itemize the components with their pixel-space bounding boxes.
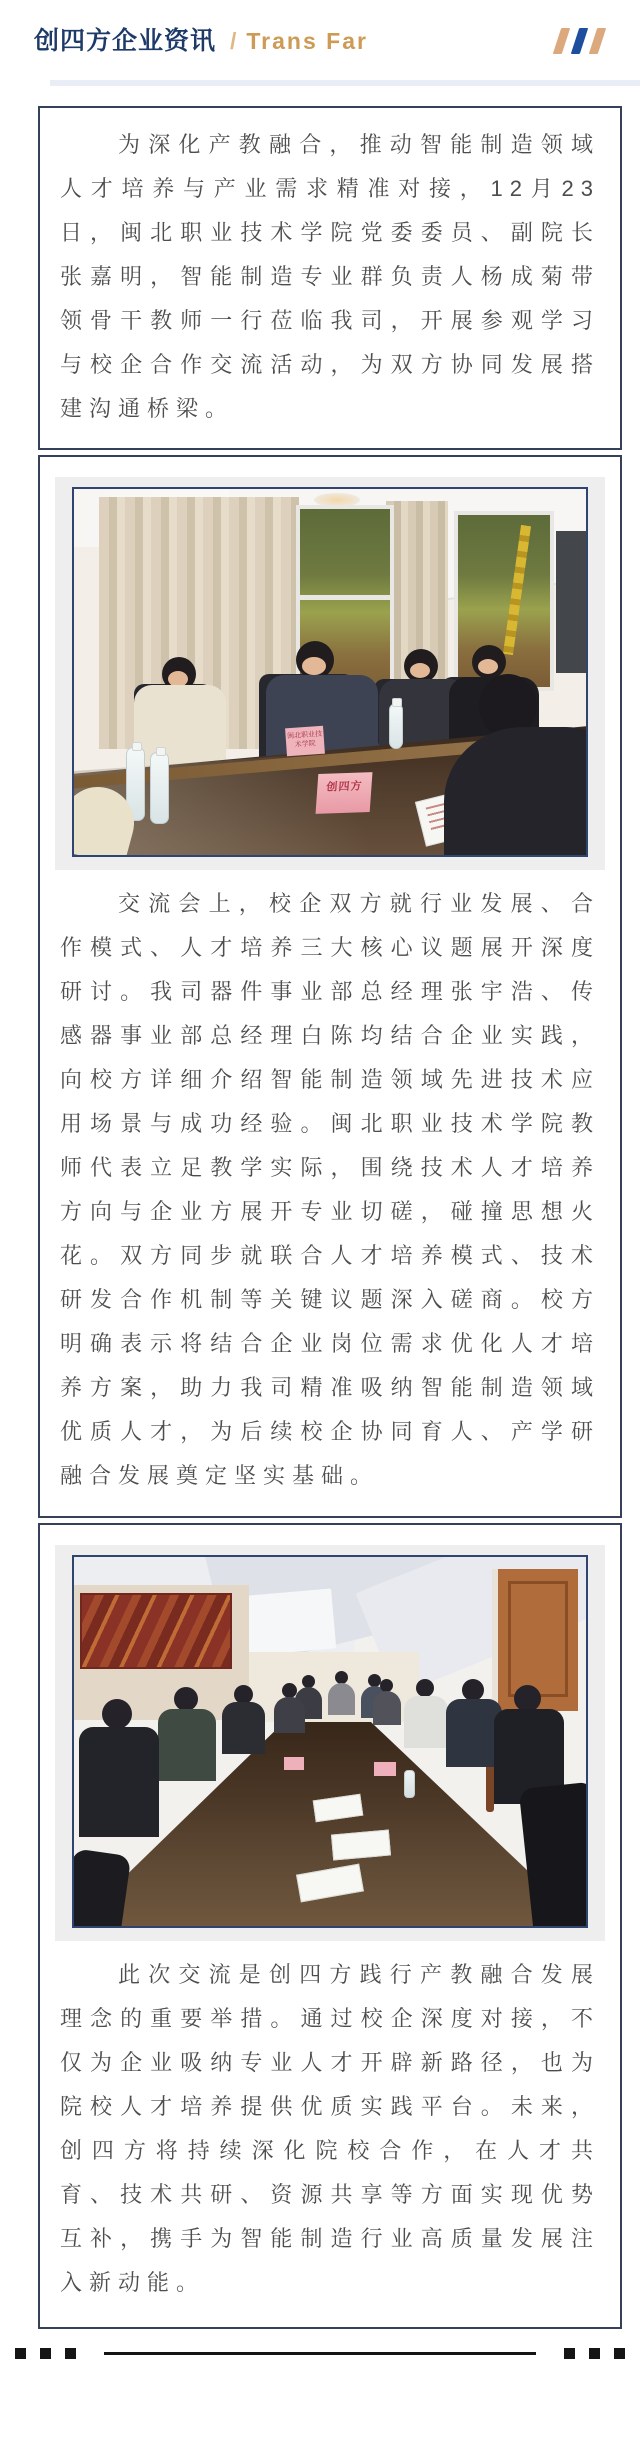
photo2-name-card [284, 1757, 304, 1770]
summary-card: 此次交流是创四方践行产教融合发展理念的重要举措。通过校企深度对接，不仅为企业吸纳… [38, 1523, 622, 2329]
page-footer [15, 2347, 625, 2360]
photo2-water-bottle [404, 1770, 415, 1798]
photo1-person-face [410, 663, 430, 678]
photo2-person [328, 1683, 355, 1715]
photo2-person [222, 1702, 265, 1754]
photo-frame-2 [55, 1545, 605, 1941]
footer-divider-line [104, 2352, 536, 2355]
page-header: 创四方企业资讯 / Trans Far [0, 0, 640, 86]
photo2-person-head [462, 1679, 484, 1701]
photo2-name-card [374, 1762, 396, 1776]
photo1-water-bottle [389, 703, 403, 749]
photo1-water-bottle [150, 752, 169, 824]
photo1-wall-unit [556, 531, 586, 673]
paragraph-intro: 为深化产教融合，推动智能制造领域人才培养与产业需求精准对接，12月23日，闽北职… [40, 108, 620, 448]
article-body: 为深化产教融合，推动智能制造领域人才培养与产业需求精准对接，12月23日，闽北职… [0, 106, 640, 2329]
square-icon [65, 2348, 76, 2359]
brand-title-en: Trans Far [246, 28, 368, 55]
square-icon [589, 2348, 600, 2359]
intro-card: 为深化产教融合，推动智能制造领域人才培养与产业需求精准对接，12月23日，闽北职… [38, 106, 622, 450]
square-icon [15, 2348, 26, 2359]
photo2-person-head [282, 1683, 297, 1698]
discussion-card: 闽北职业技术学院 创四方 交流会上，校企双方就行业发展、合作模式、人才培养三大核… [38, 455, 622, 1518]
photo1-window-bar [300, 595, 390, 600]
photo2-person [79, 1727, 159, 1837]
square-icon [614, 2348, 625, 2359]
photo2-person-head [416, 1679, 434, 1697]
stripe-tan-icon [589, 28, 606, 54]
meeting-photo-1[interactable]: 闽北职业技术学院 创四方 [72, 487, 588, 857]
photo2-person [274, 1697, 305, 1733]
photo1-person-face [302, 657, 326, 675]
photo2-person-head [174, 1687, 198, 1711]
brand-stripes-icon [557, 28, 602, 54]
footer-squares-right [564, 2348, 625, 2359]
photo1-person-face [478, 659, 498, 674]
photo2-painting [80, 1593, 232, 1669]
photo1-name-card-school: 闽北职业技术学院 [285, 726, 325, 757]
header-divider [50, 80, 640, 86]
stripe-blue-icon [571, 28, 588, 54]
stripe-tan-icon [553, 28, 570, 54]
meeting-photo-2[interactable] [72, 1555, 588, 1928]
photo2-person [373, 1691, 401, 1725]
footer-squares-left [15, 2348, 76, 2359]
photo-frame-1: 闽北职业技术学院 创四方 [55, 477, 605, 870]
photo1-crane [503, 525, 531, 655]
brand-title-cn: 创四方企业资讯 [34, 24, 216, 58]
photo2-foreground-chair [72, 1848, 131, 1928]
photo1-name-card-company: 创四方 [316, 772, 373, 814]
photo2-person-head [102, 1699, 132, 1729]
square-icon [40, 2348, 51, 2359]
photo2-person-head [514, 1685, 541, 1712]
brand-separator: / [230, 28, 236, 55]
brand-row: 创四方企业资讯 / Trans Far [0, 0, 640, 58]
photo2-person-white-shirt [404, 1696, 448, 1748]
paragraph-discussion: 交流会上，校企双方就行业发展、合作模式、人才培养三大核心议题展开深度研讨。我司器… [40, 870, 620, 1516]
photo2-person [158, 1709, 216, 1781]
paragraph-summary: 此次交流是创四方践行产教融合发展理念的重要举措。通过校企深度对接，不仅为企业吸纳… [40, 1941, 620, 2327]
photo2-paper [331, 1830, 391, 1861]
square-icon [564, 2348, 575, 2359]
